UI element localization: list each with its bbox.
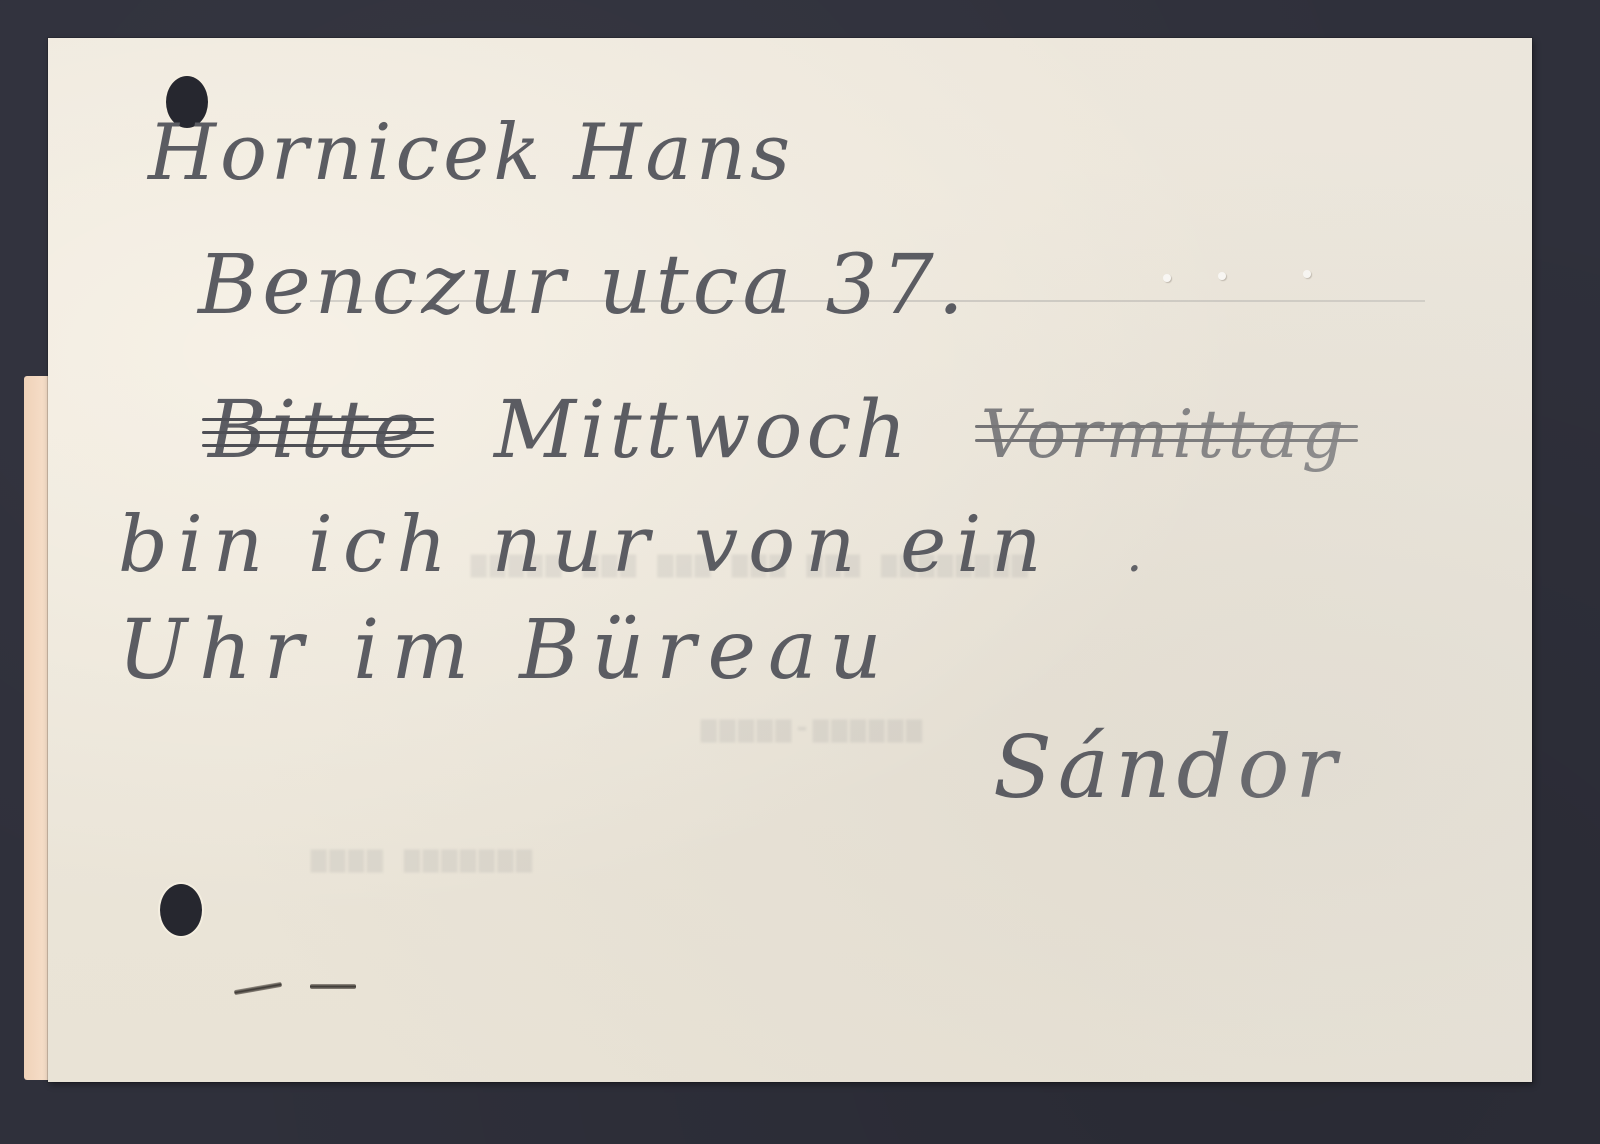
bleed-through-text: ▆▆▆▆▆▆▆ ▆▆▆▆ — [308, 843, 532, 873]
note-line-4: bin ich nur von ein . — [118, 500, 1152, 590]
staple-mark — [234, 982, 282, 995]
punch-hole-bottom — [160, 884, 202, 936]
address-text: Benczur utca 37. — [198, 238, 968, 333]
struck-word-bitte: Bitte — [208, 383, 424, 476]
strikethrough — [202, 431, 434, 434]
recipient-address: Benczur utca 37. — [198, 238, 968, 333]
strikethrough — [202, 444, 434, 447]
strikethrough — [202, 418, 434, 421]
embossed-dot — [1218, 272, 1226, 280]
paper-card: ▆▆▆▆▆▆▆▆ ▆▆▆ ▆▆▆ ▆▆▆ ▆▆▆ ▆▆▆▆▆ ▆▆▆▆▆▆-▆▆… — [48, 38, 1532, 1082]
struck-word-vormittag: Vormittag — [981, 396, 1348, 473]
struck-text: Bitte — [208, 383, 424, 476]
note-line-3: Bitte Mittwoch Vormittag — [208, 383, 1348, 476]
bleed-through-text: ▆▆▆▆▆▆-▆▆▆▆▆ — [698, 713, 922, 743]
embossed-dot — [1303, 270, 1311, 278]
struck-text: Vormittag — [981, 396, 1348, 473]
line4-text: bin ich nur von ein — [118, 500, 1052, 590]
embossed-dot — [1163, 274, 1171, 282]
strikethrough — [975, 425, 1358, 428]
recipient-name: Hornicek Hans — [148, 108, 794, 198]
weekday-word: Mittwoch — [494, 383, 911, 476]
signature: Sándor — [993, 718, 1343, 818]
strikethrough — [975, 439, 1358, 442]
trailing-dot: . — [1126, 525, 1152, 583]
note-line-5: Uhr im Büreau — [118, 603, 894, 698]
staple-mark — [310, 984, 356, 989]
